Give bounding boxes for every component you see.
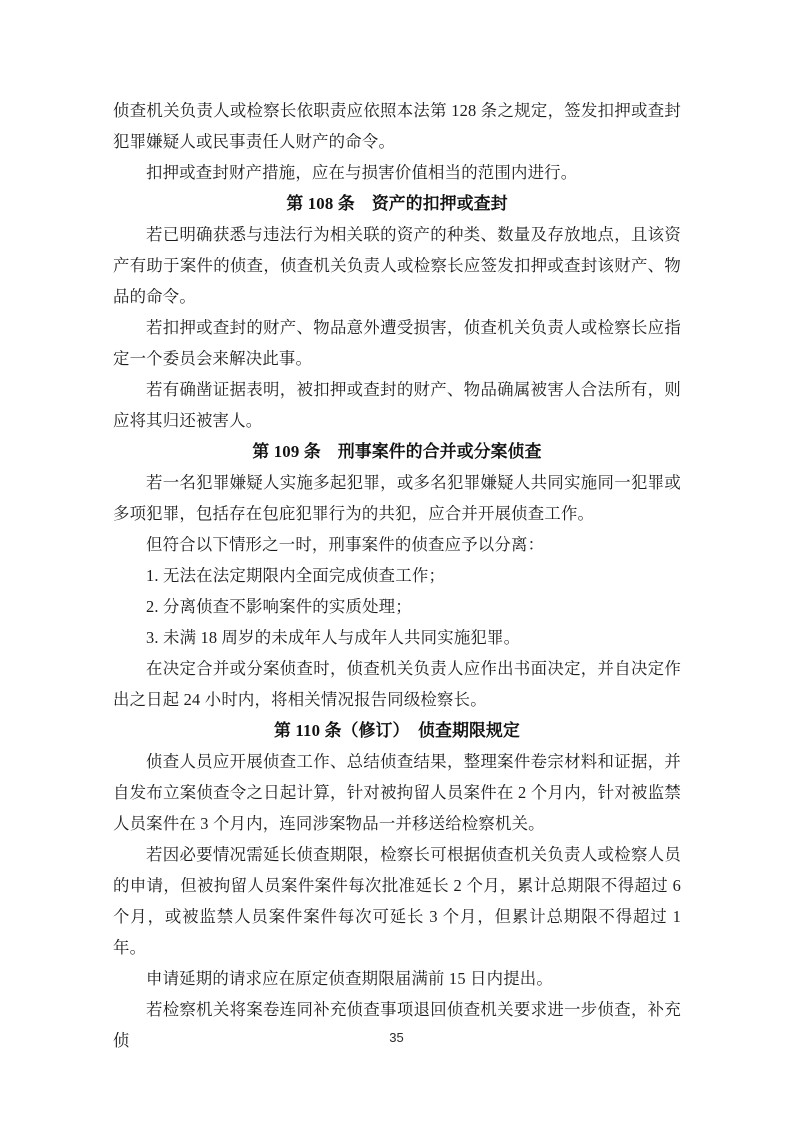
paragraph: 但符合以下情形之一时，刑事案件的侦查应予以分离：: [113, 529, 681, 560]
list-item: 3. 未满 18 周岁的未成年人与成年人共同实施犯罪。: [113, 622, 681, 653]
paragraph: 扣押或查封财产措施，应在与损害价值相当的范围内进行。: [113, 157, 681, 188]
paragraph: 申请延期的请求应在原定侦查期限届满前 15 日内提出。: [113, 963, 681, 994]
paragraph: 若因必要情况需延长侦查期限，检察长可根据侦查机关负责人或检察人员的申请，但被拘留…: [113, 839, 681, 963]
paragraph: 若已明确获悉与违法行为相关联的资产的种类、数量及存放地点，且该资产有助于案件的侦…: [113, 219, 681, 312]
document-page: 侦查机关负责人或检察长依职责应依照本法第 128 条之规定，签发扣押或查封犯罪嫌…: [0, 0, 793, 1122]
paragraph: 若扣押或查封的财产、物品意外遭受损害，侦查机关负责人或检察长应指定一个委员会来解…: [113, 312, 681, 374]
list-item: 2. 分离侦查不影响案件的实质处理；: [113, 591, 681, 622]
paragraph: 若一名犯罪嫌疑人实施多起犯罪，或多名犯罪嫌疑人共同实施同一犯罪或多项犯罪，包括存…: [113, 467, 681, 529]
list-item: 1. 无法在法定期限内全面完成侦查工作；: [113, 560, 681, 591]
article-heading: 第 109 条 刑事案件的合并或分案侦查: [113, 436, 681, 467]
article-heading: 第 110 条（修订） 侦查期限规定: [113, 715, 681, 746]
paragraph: 侦查机关负责人或检察长依职责应依照本法第 128 条之规定，签发扣押或查封犯罪嫌…: [113, 95, 681, 157]
paragraph: 在决定合并或分案侦查时，侦查机关负责人应作出书面决定，并自决定作出之日起 24 …: [113, 653, 681, 715]
paragraph: 侦查人员应开展侦查工作、总结侦查结果，整理案件卷宗材料和证据，并自发布立案侦查令…: [113, 746, 681, 839]
page-number: 35: [0, 1030, 793, 1046]
paragraph: 若有确凿证据表明，被扣押或查封的财产、物品确属被害人合法所有，则应将其归还被害人…: [113, 374, 681, 436]
article-heading: 第 108 条 资产的扣押或查封: [113, 188, 681, 219]
document-body: 侦查机关负责人或检察长依职责应依照本法第 128 条之规定，签发扣押或查封犯罪嫌…: [113, 95, 681, 1056]
paragraph: 若检察机关将案卷连同补充侦查事项退回侦查机关要求进一步侦查，补充侦: [113, 994, 681, 1056]
